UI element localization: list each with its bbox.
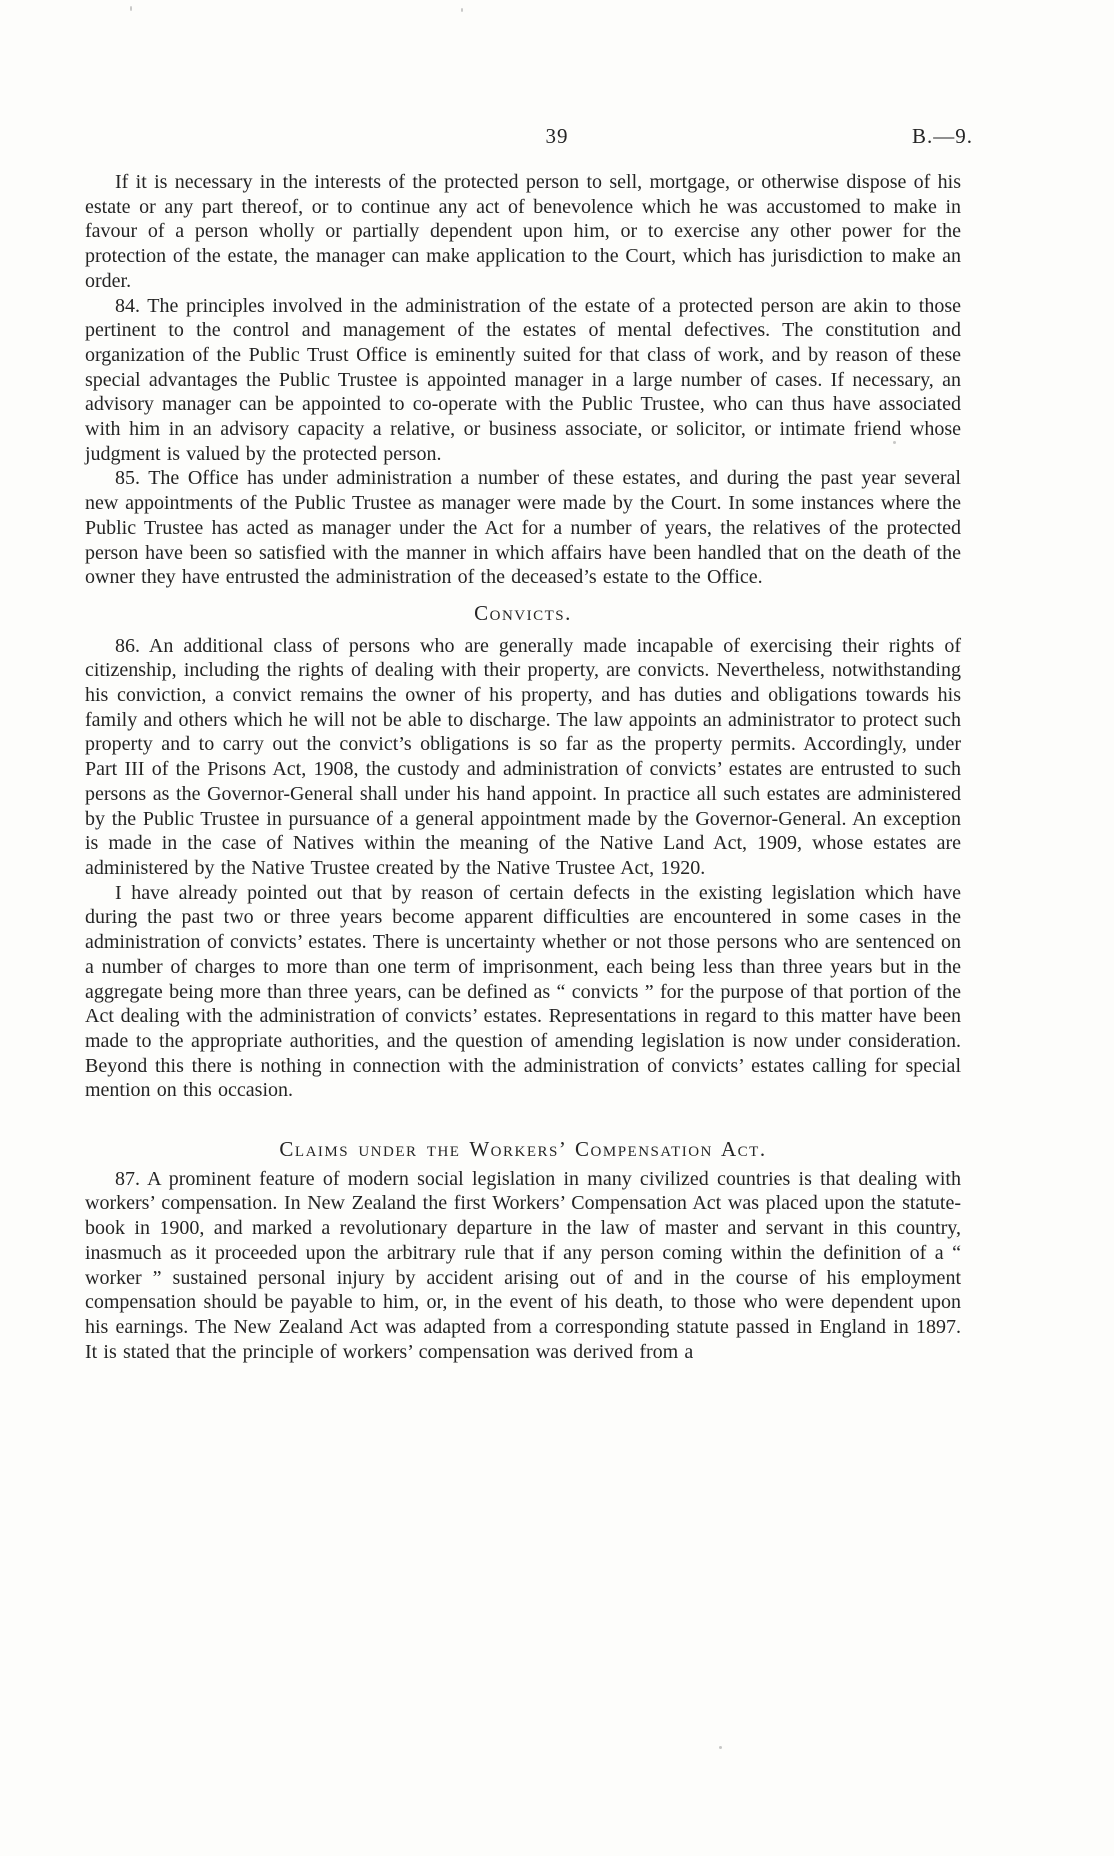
paragraph-85: 85. The Office has under administration …	[85, 466, 961, 590]
section-heading-claims-workers-compensation: Claims under the Workers’ Compensation A…	[85, 1137, 961, 1162]
paragraph-86-continued: I have already pointed out that by reaso…	[85, 881, 961, 1103]
paragraph-87: 87. A prominent feature of modern social…	[85, 1167, 961, 1365]
scan-speck	[719, 1746, 722, 1749]
scan-speck	[893, 441, 896, 444]
scan-speck	[461, 8, 463, 12]
page-body: If it is necessary in the interests of t…	[85, 170, 961, 1364]
scan-speck	[879, 886, 882, 889]
section-heading-convicts: Convicts.	[85, 601, 961, 626]
scan-speck	[130, 6, 132, 11]
paragraph-86: 86. An additional class of persons who a…	[85, 634, 961, 881]
document-page: 39 B.—9. If it is necessary in the inter…	[0, 0, 1114, 1856]
paragraph-continuation: If it is necessary in the interests of t…	[85, 170, 961, 294]
paragraph-84: 84. The principles involved in the admin…	[85, 294, 961, 467]
document-reference: B.—9.	[912, 124, 973, 149]
